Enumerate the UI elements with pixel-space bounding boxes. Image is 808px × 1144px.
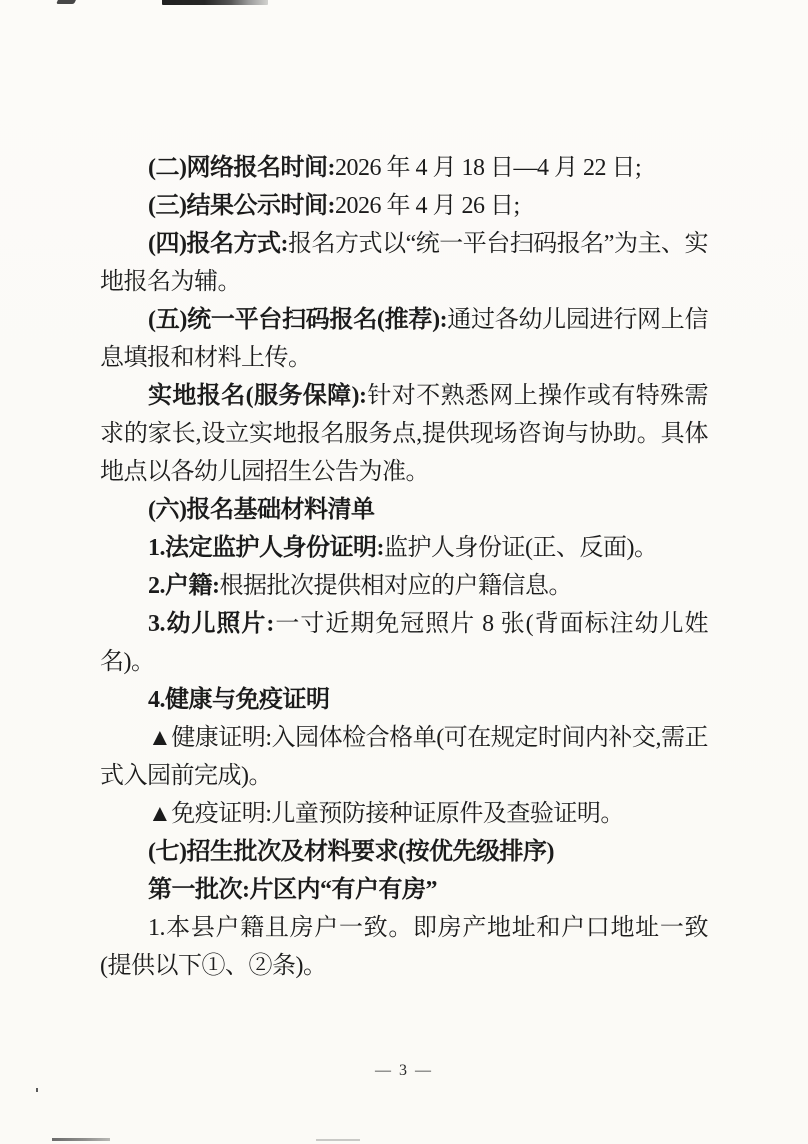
paragraph-onsite-signup: 实地报名(服务保障):针对不熟悉网上操作或有特殊需求的家长,设立实地报名服务点,… xyxy=(100,377,708,491)
paragraph-text: 1.本县户籍且房户一致。即房产地址和户口地址一致(提供以下①、②条)。 xyxy=(100,915,708,979)
paragraph-household-registration: 2.户籍:根据批次提供相对应的户籍信息。 xyxy=(100,567,708,605)
paragraph-text: ▲免疫证明:儿童预防接种证原件及查验证明。 xyxy=(148,801,624,827)
paragraph-first-batch-heading: 第一批次:片区内“有户有房” xyxy=(100,871,708,909)
scan-artifact-top-band xyxy=(162,0,268,5)
paragraph-text: 2026 年 4 月 26 日; xyxy=(335,193,520,219)
paragraph-lead: 3.幼儿照片: xyxy=(148,611,274,637)
paragraph-lead: (四)报名方式: xyxy=(148,231,288,257)
paragraph-health-certificate: ▲健康证明:入园体检合格单(可在规定时间内补交,需正式入园前完成)。 xyxy=(100,719,708,795)
paragraph-lead: 第一批次:片区内“有户有房” xyxy=(148,877,437,903)
paragraph-text: 监护人身份证(正、反面)。 xyxy=(384,535,657,561)
paragraph-platform-scan-signup: (五)统一平台扫码报名(推荐):通过各幼儿园进行网上信息填报和材料上传。 xyxy=(100,301,708,377)
scan-artifact-top-left xyxy=(56,0,76,4)
paragraph-health-immunity-heading: 4.健康与免疫证明 xyxy=(100,681,708,719)
paragraph-lead: (三)结果公示时间: xyxy=(148,193,335,219)
paragraph-result-publicity-time: (三)结果公示时间:2026 年 4 月 26 日; xyxy=(100,187,708,225)
paragraph-lead: (七)招生批次及材料要求(按优先级排序) xyxy=(148,839,554,865)
paragraph-lead: 2.户籍: xyxy=(148,573,220,599)
paragraph-signup-method: (四)报名方式:报名方式以“统一平台扫码报名”为主、实地报名为辅。 xyxy=(100,225,708,301)
paragraph-guardian-id: 1.法定监护人身份证明:监护人身份证(正、反面)。 xyxy=(100,529,708,567)
scan-artifact-speck xyxy=(36,1088,38,1092)
paragraph-network-signup-time: (二)网络报名时间:2026 年 4 月 18 日—4 月 22 日; xyxy=(100,149,708,187)
paragraph-text: 根据批次提供相对应的户籍信息。 xyxy=(220,573,573,599)
paragraph-batches-heading: (七)招生批次及材料要求(按优先级排序) xyxy=(100,833,708,871)
paragraph-materials-list-heading: (六)报名基础材料清单 xyxy=(100,491,708,529)
paragraph-lead: (六)报名基础材料清单 xyxy=(148,497,374,523)
paragraph-text: 2026 年 4 月 18 日—4 月 22 日; xyxy=(335,155,641,181)
page-number: — 3 — xyxy=(0,1062,808,1080)
paragraph-lead: (五)统一平台扫码报名(推荐): xyxy=(148,307,447,333)
paragraph-immunity-certificate: ▲免疫证明:儿童预防接种证原件及查验证明。 xyxy=(100,795,708,833)
paragraph-text: ▲健康证明:入园体检合格单(可在规定时间内补交,需正式入园前完成)。 xyxy=(100,725,708,789)
paragraph-lead: 实地报名(服务保障): xyxy=(148,383,367,409)
scan-artifact-bottom-bar xyxy=(52,1138,110,1141)
paragraph-lead: (二)网络报名时间: xyxy=(148,155,335,181)
paragraph-lead: 4.健康与免疫证明 xyxy=(148,687,330,713)
paragraph-first-batch-item1: 1.本县户籍且房户一致。即房产地址和户口地址一致(提供以下①、②条)。 xyxy=(100,909,708,985)
scan-artifact-bottom-faint xyxy=(316,1139,360,1141)
paragraph-child-photo: 3.幼儿照片:一寸近期免冠照片 8 张(背面标注幼儿姓名)。 xyxy=(100,605,708,681)
paragraph-lead: 1.法定监护人身份证明: xyxy=(148,535,384,561)
document-body: (二)网络报名时间:2026 年 4 月 18 日—4 月 22 日; (三)结… xyxy=(100,149,708,985)
